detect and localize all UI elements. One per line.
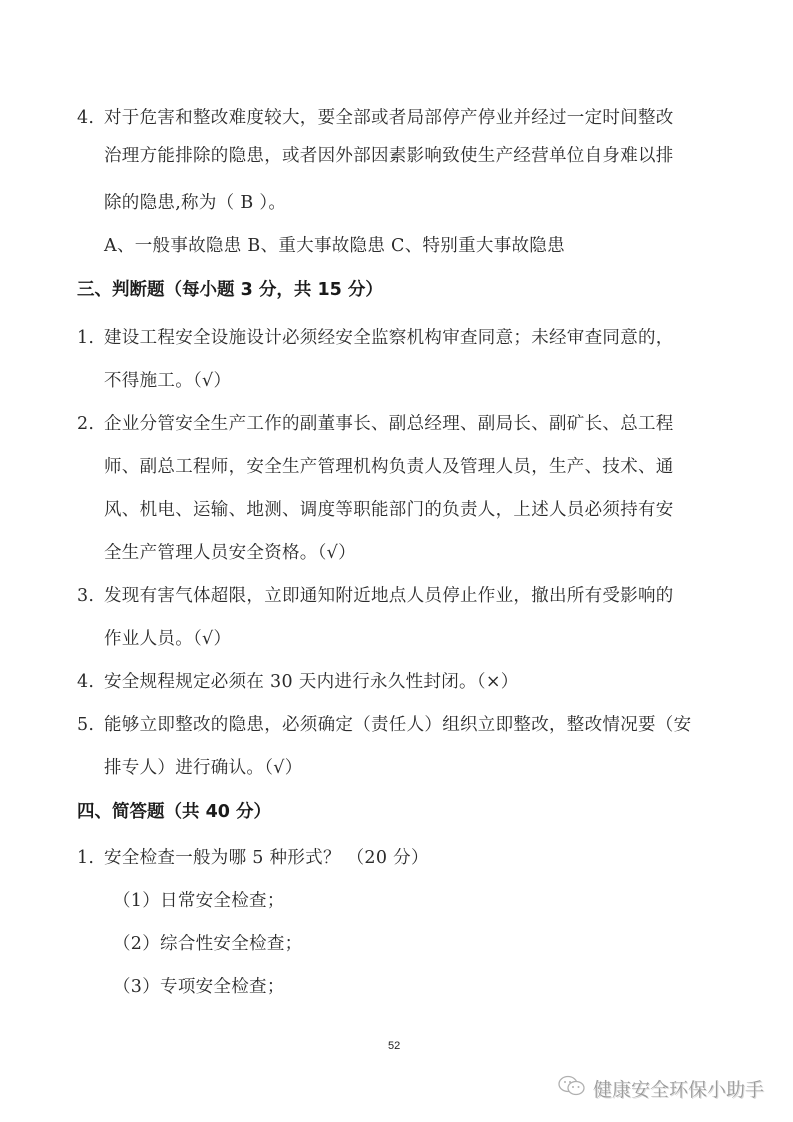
question-text: 安全检查一般为哪 5 种形式？ （20 分）	[104, 846, 429, 870]
answer-text: （2）综合性安全检查；	[113, 932, 302, 956]
item-text-line: 风、机电、运输、地测、调度等职能部门的负责人，上述人员必须持有安	[104, 498, 674, 522]
watermark-text: 健康安全环保小助手	[593, 1075, 764, 1102]
item-text-line: 不得施工。（√）	[104, 369, 231, 393]
answer-text: （1）日常安全检查；	[113, 889, 285, 913]
answer-text: （3）专项安全检查；	[113, 975, 285, 999]
item-number: 2.	[77, 412, 94, 436]
item-text-line: 发现有害气体超限，立即通知附近地点人员停止作业，撤出所有受影响的	[104, 584, 674, 608]
item-number: 1.	[77, 326, 94, 350]
page-number: 52	[388, 1040, 400, 1052]
item-text-line: 全生产管理人员安全资格。（√）	[104, 541, 356, 565]
item-text-line: 师、副总工程师，安全生产管理机构负责人及管理人员，生产、技术、通	[104, 455, 674, 479]
question-text-line: 治理方能排除的隐患，或者因外部因素影响致使生产经营单位自身难以排	[104, 144, 674, 168]
wechat-icon	[557, 1074, 587, 1103]
question-number: 1.	[77, 846, 94, 870]
question-number: 4.	[77, 106, 94, 130]
question-text-line: 对于危害和整改难度较大，要全部或者局部停产停业并经过一定时间整改	[104, 106, 674, 130]
item-number: 5.	[77, 713, 94, 737]
item-text-line: 建设工程安全设施设计必须经安全监察机构审查同意；未经审查同意的，	[104, 326, 674, 350]
item-text-line: 排专人）进行确认。（√）	[104, 756, 303, 780]
item-text-line: 安全规程规定必须在 30 天内进行永久性封闭。（×）	[104, 670, 519, 694]
item-number: 4.	[77, 670, 94, 694]
item-number: 3.	[77, 584, 94, 608]
section-heading-true-false: 三、判断题（每小题 3 分，共 15 分）	[77, 278, 383, 302]
item-text-line: 作业人员。（√）	[104, 627, 231, 651]
item-text-line: 能够立即整改的隐患，必须确定（责任人）组织立即整改，整改情况要（安	[104, 713, 691, 737]
question-text-line: 除的隐患,称为（ B ）。	[104, 191, 286, 215]
answer-options: A、一般事故隐患 B、重大事故隐患 C、特别重大事故隐患	[104, 234, 565, 258]
item-text-line: 企业分管安全生产工作的副董事长、副总经理、副局长、副矿长、总工程	[104, 412, 674, 436]
section-heading-short-answer: 四、简答题（共 40 分）	[77, 800, 271, 824]
watermark: 健康安全环保小助手	[557, 1074, 764, 1103]
